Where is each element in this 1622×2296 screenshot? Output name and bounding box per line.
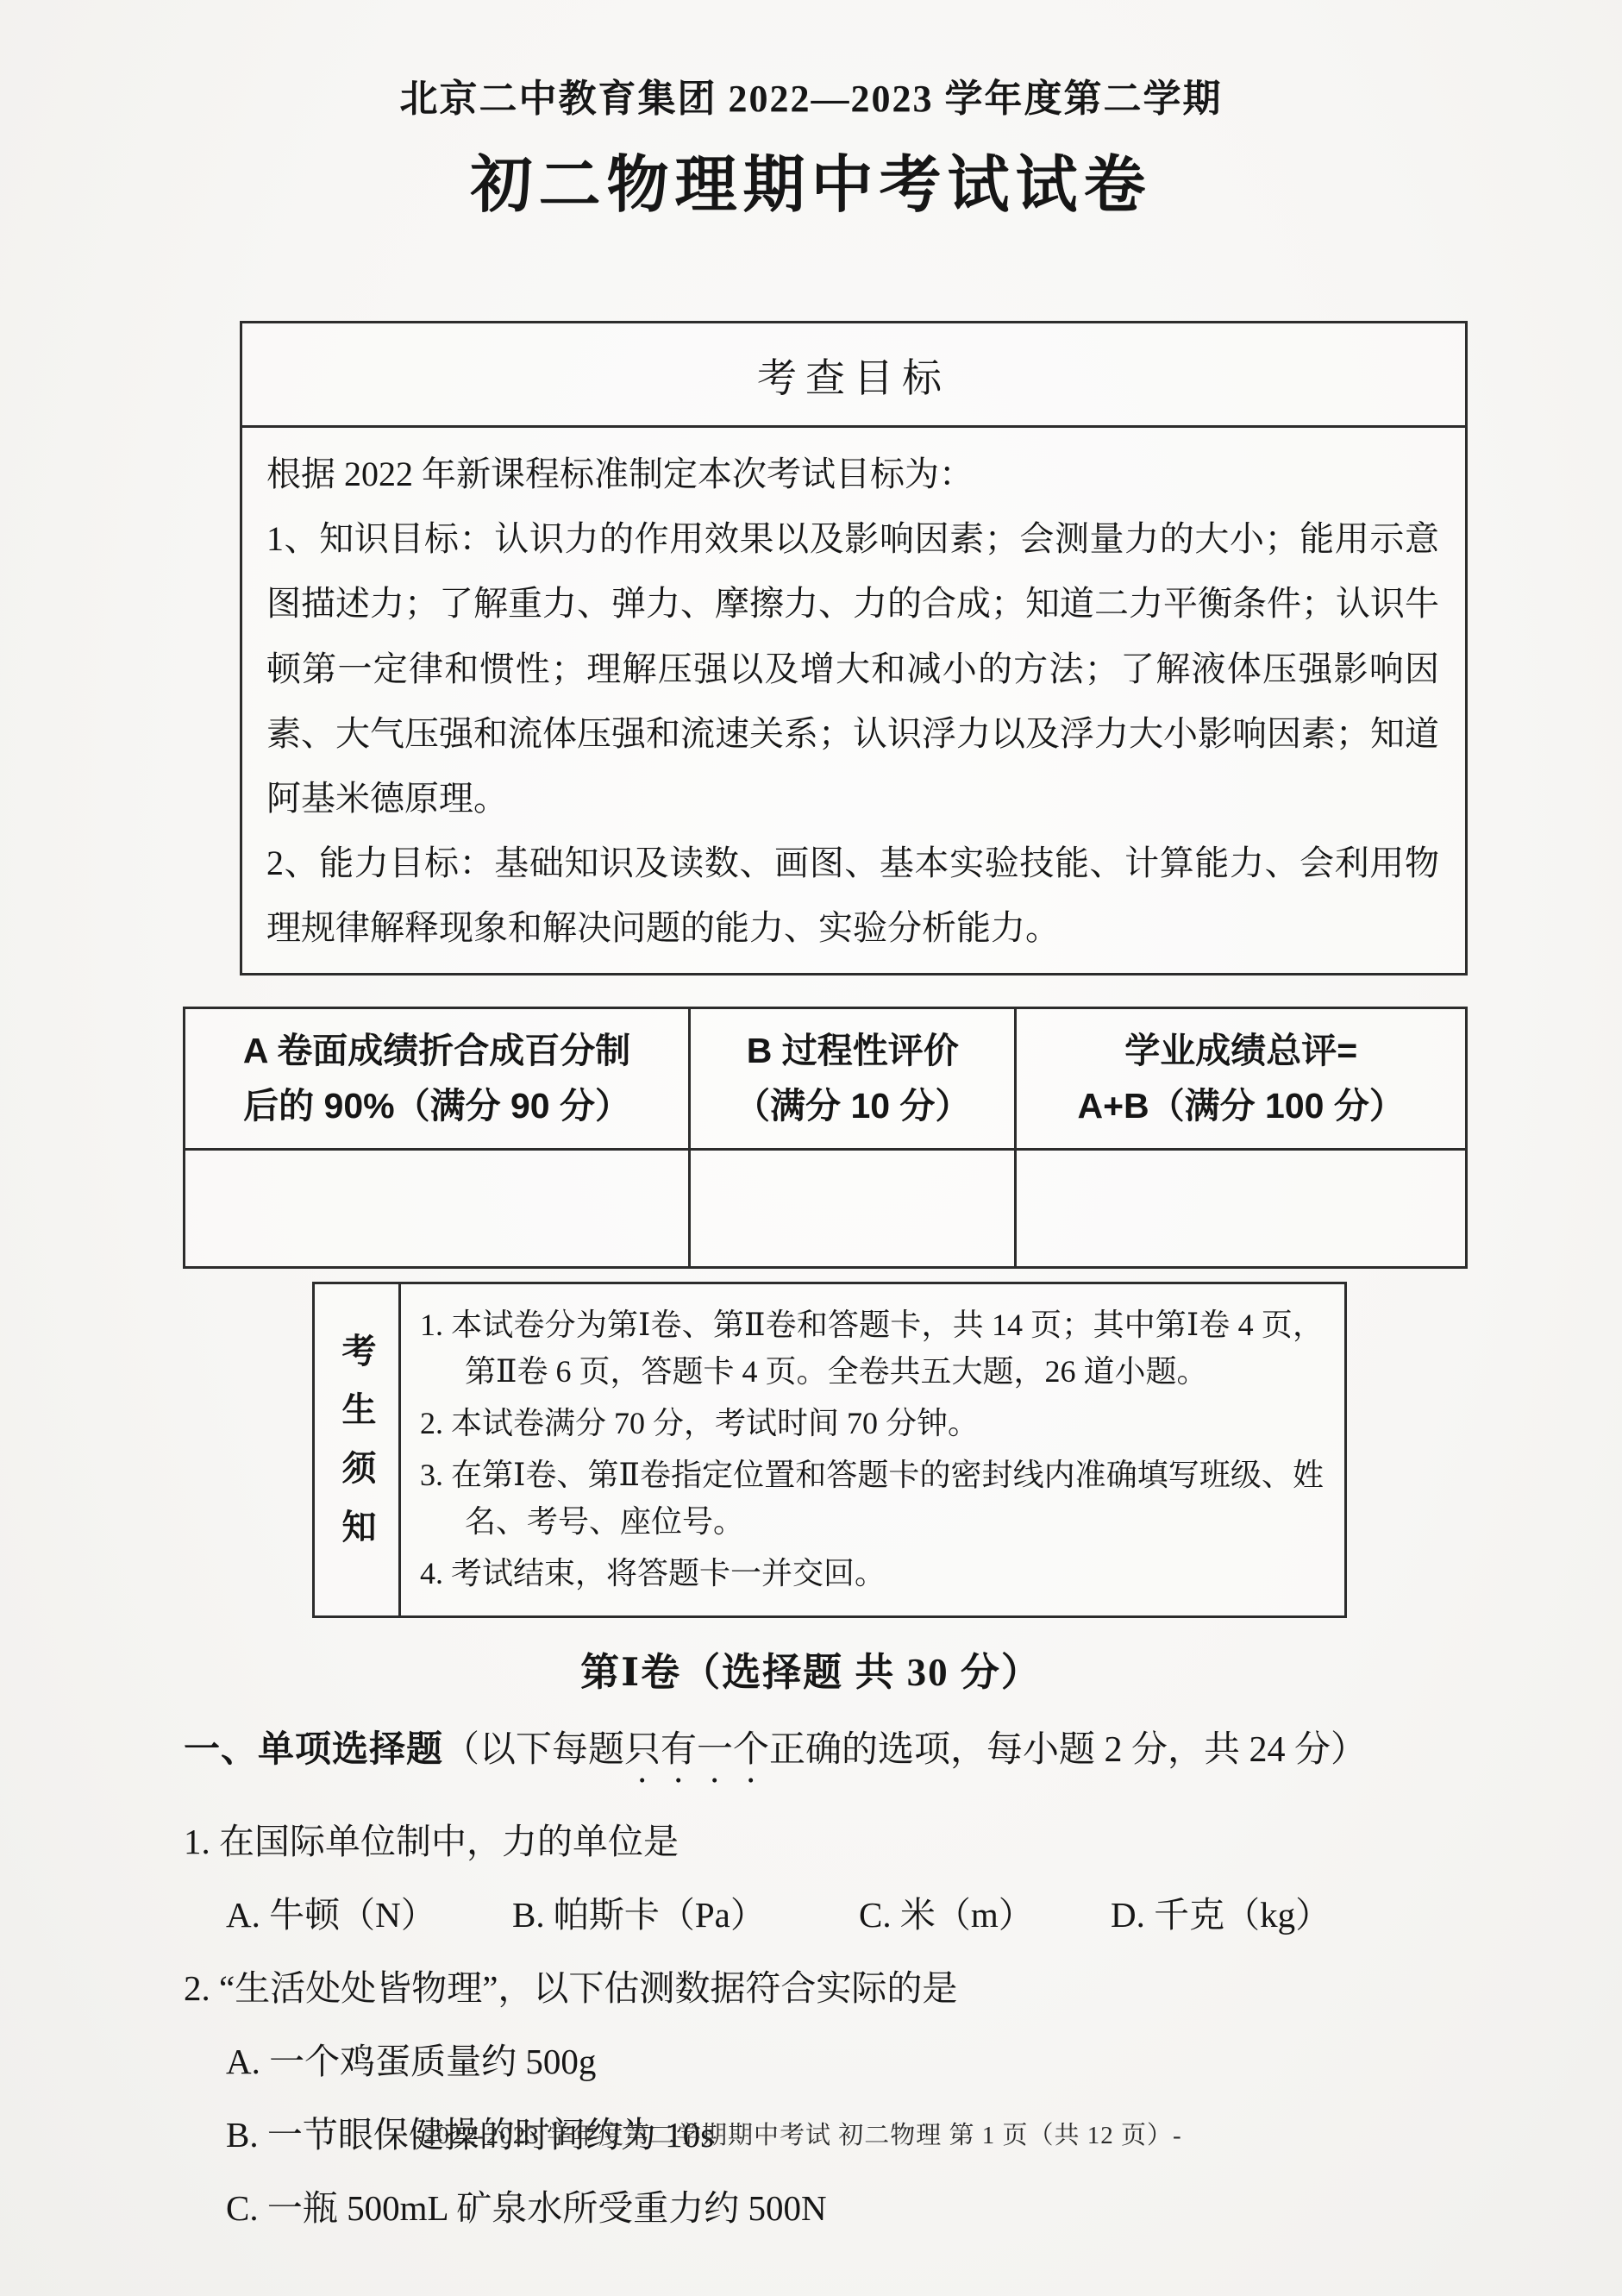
question1-option-c: C. 米（m） xyxy=(859,1886,1111,1937)
question1-option-b: B. 帕斯卡（Pa） xyxy=(512,1886,859,1937)
section1-heading: 第Ⅰ卷（选择题 共 30 分） xyxy=(0,1640,1622,1697)
part1-intro-pre: （以下每题 xyxy=(443,1730,624,1770)
part1-title-bold: 一、单项选择题 xyxy=(184,1728,443,1769)
score-header-a: A 卷面成绩折合成百分制 后的 90%（满分 90 分） xyxy=(185,1007,690,1150)
score-header-b-line1: B 过程性评价 xyxy=(696,1023,1009,1079)
exam-target-title: 考查目标 xyxy=(242,323,1465,428)
candidate-notice-items: 1. 本试卷分为第Ⅰ卷、第Ⅱ卷和答题卡，共 14 页；其中第Ⅰ卷 4 页，第Ⅱ卷… xyxy=(401,1284,1344,1615)
notice-item-2: 2. 本试卷满分 70 分，考试时间 70 分钟。 xyxy=(420,1400,1324,1446)
question1-options: A. 牛顿（N） B. 帕斯卡（Pa） C. 米（m） D. 千克（kg） xyxy=(226,1886,1622,1937)
score-summary-table: A 卷面成绩折合成百分制 后的 90%（满分 90 分） B 过程性评价 （满分… xyxy=(183,1007,1468,1270)
score-table-header-row: A 卷面成绩折合成百分制 后的 90%（满分 90 分） B 过程性评价 （满分… xyxy=(185,1007,1467,1150)
score-cell-b xyxy=(690,1150,1016,1268)
question1-stem: 1. 在国际单位制中，力的单位是 xyxy=(184,1813,1622,1864)
exam-target-body: 根据 2022 年新课程标准制定本次考试目标为： 1、知识目标：认识力的作用效果… xyxy=(242,428,1465,973)
exam-target-goal1: 1、知识目标：认识力的作用效果以及影响因素；会测量力的大小；能用示意图描述力；了… xyxy=(266,506,1439,831)
exam-target-goal2: 2、能力目标：基础知识及读数、画图、基本实验技能、计算能力、会利用物理规律解释现… xyxy=(266,831,1439,960)
question1-option-d: D. 千克（kg） xyxy=(1111,1886,1331,1937)
question2-option-c: C. 一瓶 500mL 矿泉水所受重力约 500N xyxy=(226,2180,1622,2230)
score-table-blank-row xyxy=(185,1150,1467,1268)
score-header-total: 学业成绩总评= A+B（满分 100 分） xyxy=(1016,1007,1467,1150)
score-header-a-line1: A 卷面成绩折合成百分制 xyxy=(191,1023,683,1079)
candidate-notice-label: 考生须知 xyxy=(332,1333,381,1567)
score-cell-total xyxy=(1016,1150,1467,1268)
question2-option-a: A. 一个鸡蛋质量约 500g xyxy=(226,2033,1622,2084)
question1-option-a: A. 牛顿（N） xyxy=(226,1886,512,1937)
candidate-notice-box: 考生须知 1. 本试卷分为第Ⅰ卷、第Ⅱ卷和答题卡，共 14 页；其中第Ⅰ卷 4 … xyxy=(312,1282,1347,1618)
notice-item-3: 3. 在第Ⅰ卷、第Ⅱ卷指定位置和答题卡的密封线内准确填写班级、姓名、考号、座位号… xyxy=(420,1452,1324,1545)
part1-intro-post: 正确的选项，每小题 2 分，共 24 分） xyxy=(769,1730,1367,1770)
score-header-a-line2: 后的 90%（满分 90 分） xyxy=(191,1078,683,1134)
part1-title: 一、单项选择题（以下每题只有一个正确的选项，每小题 2 分，共 24 分） xyxy=(184,1721,1622,1791)
score-header-total-line1: 学业成绩总评= xyxy=(1022,1023,1460,1079)
question2-stem: 2. “生活处处皆物理”，以下估测数据符合实际的是 xyxy=(184,1960,1622,2011)
score-header-b: B 过程性评价 （满分 10 分） xyxy=(690,1007,1016,1150)
page-title: 初二物理期中考试试卷 xyxy=(0,135,1622,224)
candidate-notice-side: 考生须知 xyxy=(315,1284,401,1615)
page-header: 北京二中教育集团 2022—2023 学年度第二学期 初二物理期中考试试卷 xyxy=(0,0,1622,224)
notice-item-1: 1. 本试卷分为第Ⅰ卷、第Ⅱ卷和答题卡，共 14 页；其中第Ⅰ卷 4 页，第Ⅱ卷… xyxy=(420,1302,1324,1395)
school-term-subtitle: 北京二中教育集团 2022—2023 学年度第二学期 xyxy=(0,67,1622,122)
part1-intro-emphasis: 只有一个 xyxy=(624,1730,769,1770)
exam-target-intro: 根据 2022 年新课程标准制定本次考试目标为： xyxy=(266,442,1439,506)
exam-target-box: 考查目标 根据 2022 年新课程标准制定本次考试目标为： 1、知识目标：认识力… xyxy=(240,321,1468,975)
notice-item-4: 4. 考试结束，将答题卡一并交回。 xyxy=(420,1550,1324,1597)
score-cell-a xyxy=(185,1150,690,1268)
score-header-total-line2: A+B（满分 100 分） xyxy=(1022,1078,1460,1134)
page-footer: -2022-2023 学年度第二学期期中考试 初二物理 第 1 页（共 12 页… xyxy=(0,2116,1596,2151)
score-header-b-line2: （满分 10 分） xyxy=(696,1078,1009,1134)
exam-paper-page: 北京二中教育集团 2022—2023 学年度第二学期 初二物理期中考试试卷 考查… xyxy=(0,0,1622,2296)
